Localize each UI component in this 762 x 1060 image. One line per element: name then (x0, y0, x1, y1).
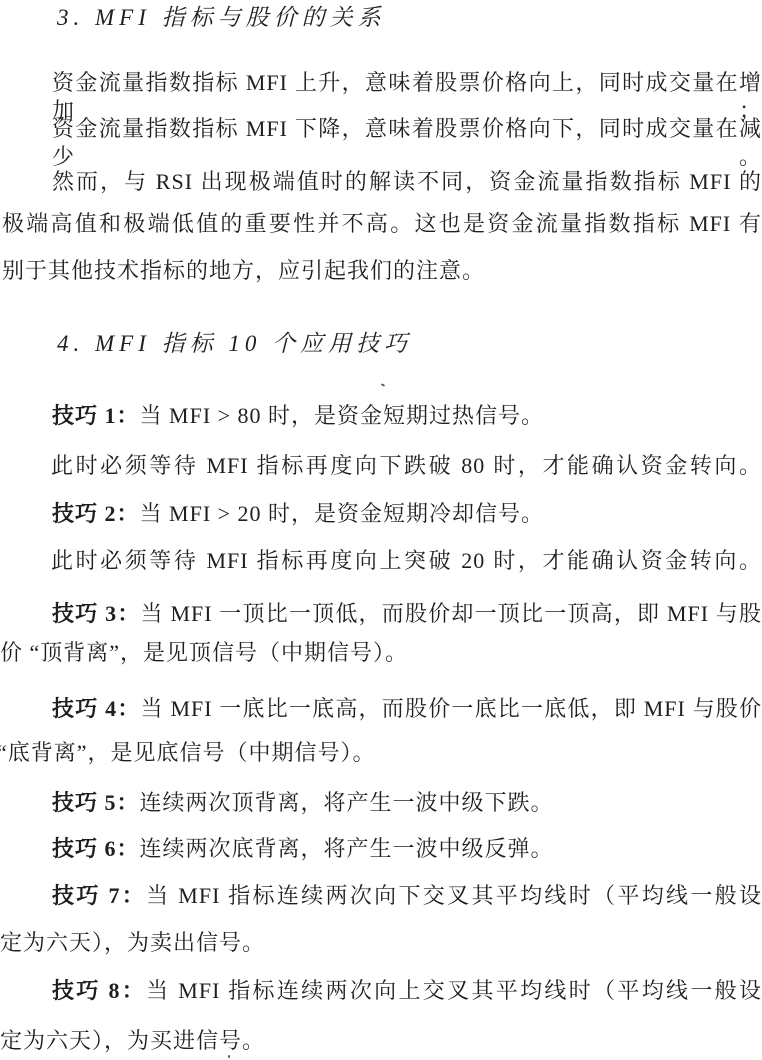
tip-label: 技巧 3： (52, 601, 141, 626)
tip-line: 技巧 6：连续两次底背离，将产生一波中级反弹。 (52, 835, 554, 863)
tip-text: 连续两次顶背离，将产生一波中级下跌。 (140, 790, 554, 815)
paragraph-line: 价 “顶背离”，是见顶信号（中期信号）。 (0, 639, 408, 667)
tip-label: 技巧 4： (52, 696, 141, 721)
section-heading: 4. MFI 指标 10 个应用技巧 (57, 330, 412, 358)
scan-artifact (381, 383, 385, 387)
tip-text: 当 MFI 指标连续两次向下交叉其平均线时（平均线一般设 (146, 883, 762, 908)
tip-text: 连续两次底背离，将产生一波中级反弹。 (140, 836, 554, 861)
tip-line: 技巧 8：当 MFI 指标连续两次向上交叉其平均线时（平均线一般设 (52, 977, 762, 1005)
tip-text: 当 MFI > 20 时，是资金短期冷却信号。 (140, 501, 545, 526)
tip-line: 技巧 5：连续两次顶背离，将产生一波中级下跌。 (52, 789, 554, 817)
paragraph-line: 资金流量指数指标 MFI 下降，意味着股票价格向下，同时成交量在减少。 (52, 115, 762, 171)
tip-line: 技巧 2：当 MFI > 20 时，是资金短期冷却信号。 (52, 500, 544, 528)
paragraph-line: 极端高值和极端低值的重要性并不高。这也是资金流量指数指标 MFI 有 (2, 210, 762, 238)
paragraph-line: 然而，与 RSI 出现极端值时的解读不同，资金流量指数指标 MFI 的 (52, 168, 762, 196)
paragraph-line: 定为六天），为买进信号。 (0, 1027, 265, 1055)
paragraph-line: 此时必须等待 MFI 指标再度向下跌破 80 时，才能确认资金转向。 (51, 452, 762, 480)
paragraph-line: 别于其他技术指标的地方，应引起我们的注意。 (2, 257, 485, 285)
tip-label: 技巧 6： (52, 836, 140, 861)
tip-line: 技巧 1：当 MFI > 80 时，是资金短期过热信号。 (52, 402, 544, 430)
tip-line: 技巧 7：当 MFI 指标连续两次向下交叉其平均线时（平均线一般设 (52, 882, 762, 910)
tip-label: 技巧 8： (52, 978, 146, 1003)
tip-line: 技巧 3：当 MFI 一顶比一顶低，而股价却一顶比一顶高，即 MFI 与股 (52, 600, 762, 628)
tip-label: 技巧 1： (52, 403, 140, 428)
tip-text: 当 MFI > 80 时，是资金短期过热信号。 (140, 403, 545, 428)
paragraph-line: 此时必须等待 MFI 指标再度向上突破 20 时，才能确认资金转向。 (51, 547, 762, 575)
tip-line: 技巧 4：当 MFI 一底比一底高，而股价一底比一底低，即 MFI 与股价 (52, 695, 762, 723)
tip-text: 当 MFI 一顶比一顶低，而股价却一顶比一顶高，即 MFI 与股 (141, 601, 762, 626)
tip-label: 技巧 2： (52, 501, 140, 526)
paragraph-line: 定为六天），为卖出信号。 (0, 929, 265, 957)
tip-label: 技巧 5： (52, 790, 140, 815)
document-page: 3. MFI 指标与股价的关系 资金流量指数指标 MFI 上升，意味着股票价格向… (0, 0, 762, 1060)
section-heading: 3. MFI 指标与股价的关系 (57, 4, 386, 32)
scan-artifact (228, 1055, 230, 1058)
tip-label: 技巧 7： (52, 883, 146, 908)
paragraph-line: “底背离”，是见底信号（中期信号）。 (0, 739, 376, 767)
tip-text: 当 MFI 指标连续两次向上交叉其平均线时（平均线一般设 (146, 978, 762, 1003)
tip-text: 当 MFI 一底比一底高，而股价一底比一底低，即 MFI 与股价 (141, 696, 762, 721)
